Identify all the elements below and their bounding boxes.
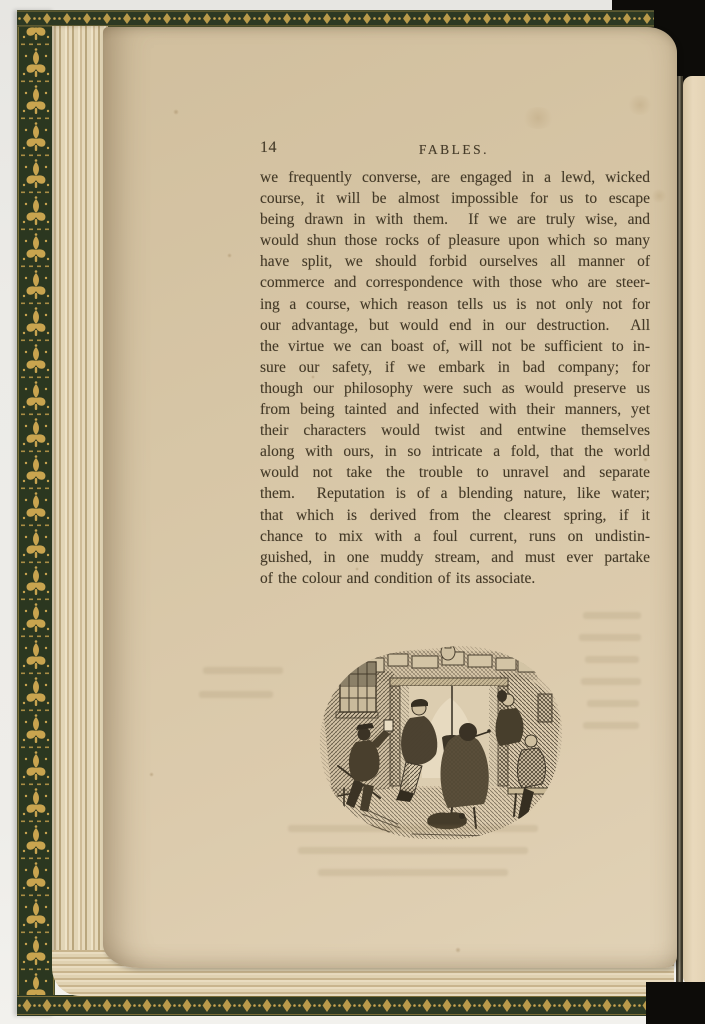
foxing-spot [521,107,555,129]
body-text-line: have split, we should forbid ourselves a… [260,251,650,272]
running-title: FABLES. [260,142,648,158]
showthrough-mark [579,634,641,641]
hearth-scene-illustration [302,638,582,846]
foxing-spot [149,772,154,777]
showthrough-mark [199,691,273,698]
showthrough-mark [585,656,639,663]
showthrough-mark [318,869,508,876]
foxing-spot [311,375,315,379]
showthrough-mark [298,847,528,854]
showthrough-mark [583,722,639,729]
backdrop-shadow-bottom-right [646,982,705,1024]
showthrough-mark [587,700,639,707]
body-text: we frequently converse, are engaged in a… [260,167,650,589]
body-text-line: that which is derived from the clearest … [260,505,650,526]
page-edges-left [52,26,108,984]
body-text-line: our advantage, but would end in our dest… [260,315,650,336]
showthrough-mark [583,612,641,619]
foxing-spot [355,567,359,571]
body-text-line: sure our safety, if we embark in bad com… [260,357,650,378]
showthrough-mark [203,667,283,674]
body-text-line: though our philosophy were such as would… [260,378,650,399]
body-text-line: we frequently converse, are engaged in a… [260,167,650,188]
body-text-line: guished, in one muddy stream, and must e… [260,547,650,568]
body-text-line: the virtue we can boast of, will not be … [260,336,650,357]
binding-gilt-top-icon [17,10,654,27]
foxing-spot [455,947,461,953]
foxing-spot [651,189,667,203]
body-text-line: along with ours, in so intricate a fold,… [260,441,650,462]
showthrough-mark [581,678,641,685]
foxing-spot [227,253,232,258]
page-gutter-gap [676,76,683,984]
body-text-line: commerce and correspondence with those w… [260,272,650,293]
body-text-line: their characters would twist and entwine… [260,420,650,441]
body-text-line: chance to mix with a foul current, runs … [260,526,650,547]
body-text-line: being drawn in with them. If we are trul… [260,209,650,230]
body-text-line: from being tainted and infected with the… [260,399,650,420]
body-text-line: ing a course, which reason tells us is n… [260,294,650,315]
foxing-spot [627,95,653,115]
body-text-line: them. Reputation is of a blending nature… [260,483,650,504]
body-text-line: would not take the trouble to unravel an… [260,462,650,483]
body-text-line: of the colour and condition of its assoc… [260,568,650,589]
foxing-spot [643,457,648,462]
showthrough-mark [288,825,538,832]
body-text-line: course, it will be almost impossible for… [260,188,650,209]
body-text-line: would shun those rocks of pleasure upon … [260,230,650,251]
foxing-spot [173,109,179,115]
binding-gilt-left-icon [17,10,55,1016]
book-page: 14 FABLES. we frequently converse, are e… [103,27,677,968]
binding-gilt-bottom-icon [17,995,654,1016]
facing-page-edge [683,76,705,984]
